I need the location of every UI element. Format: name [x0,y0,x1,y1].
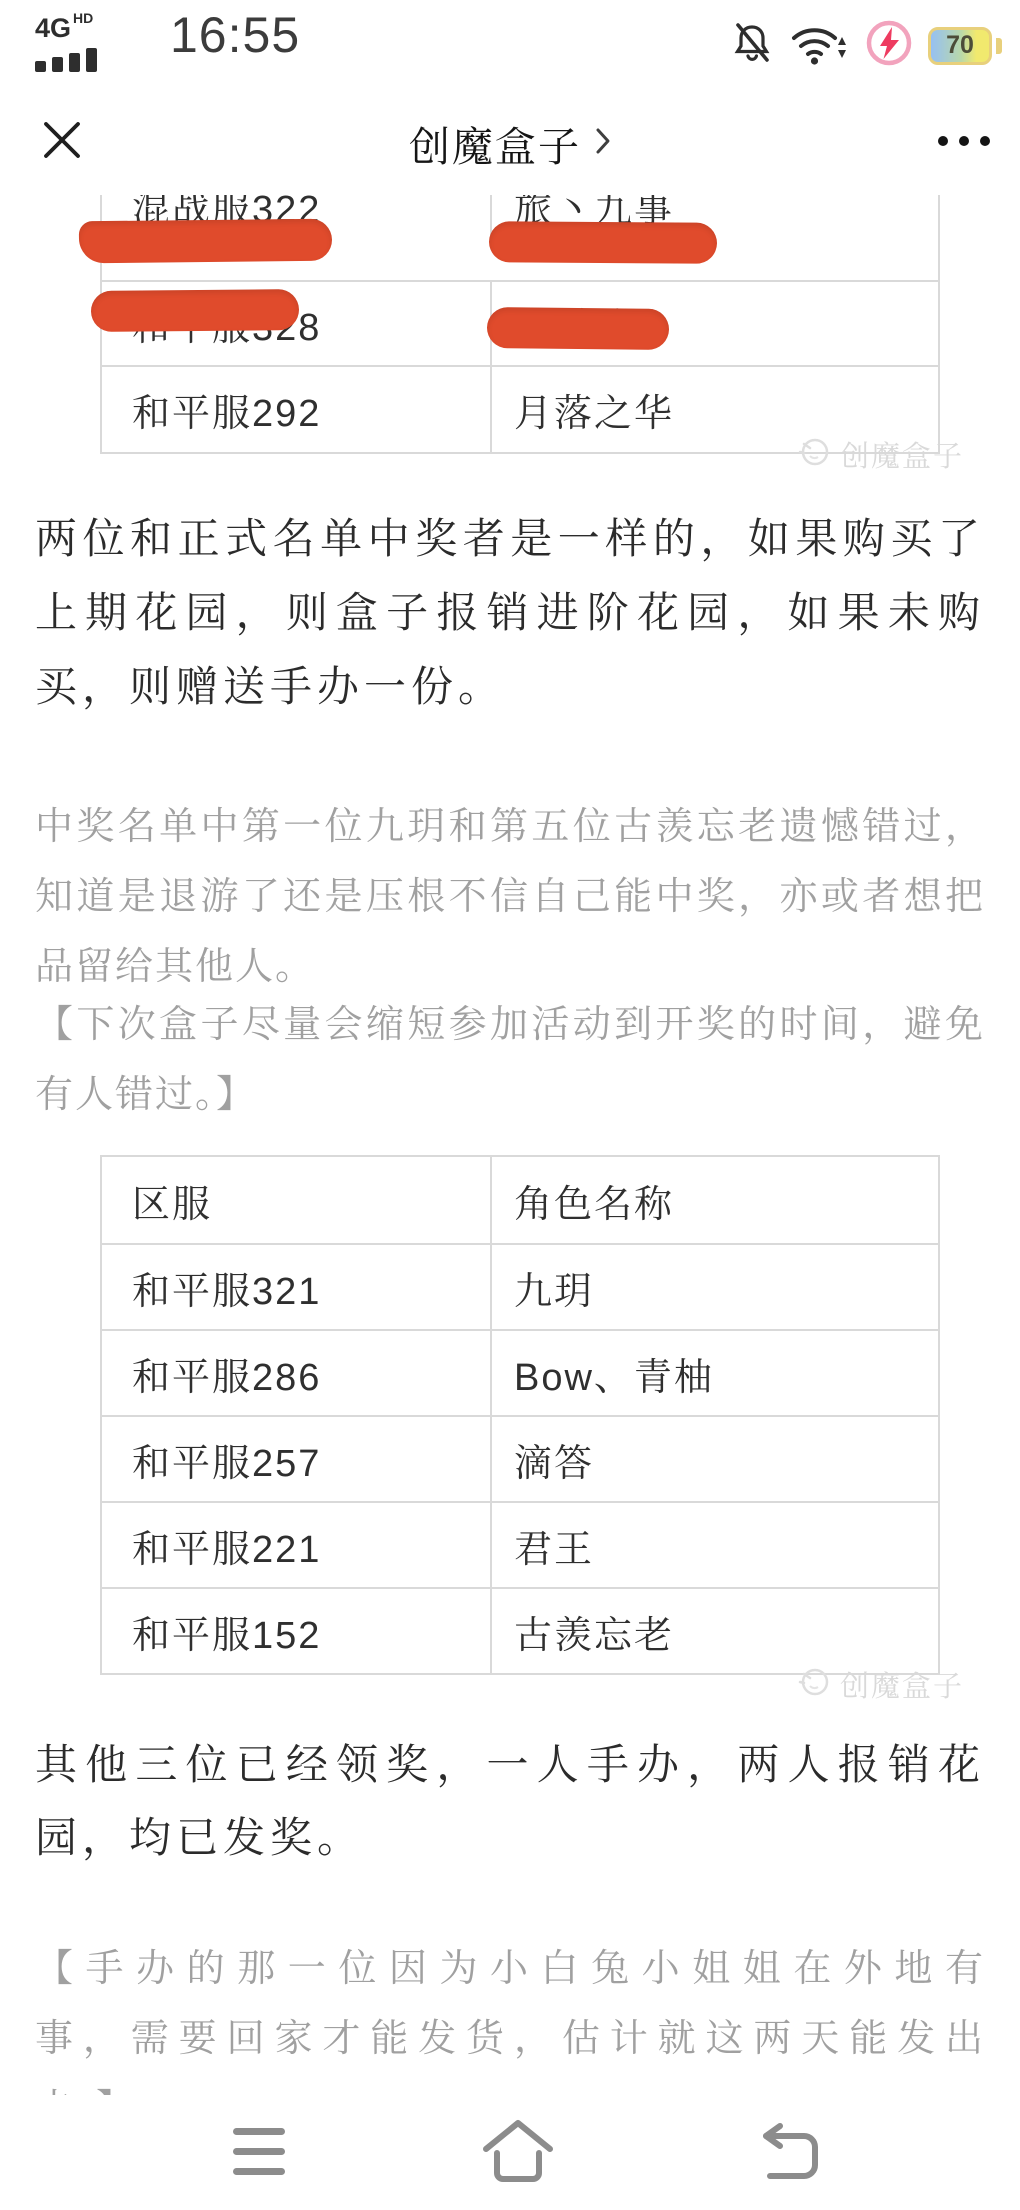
status-bar: 4GHD 16:55 [0,0,1020,90]
phone-screen: 4GHD 16:55 [0,0,1020,2210]
server-cell: 和平服257 [102,1417,490,1501]
chevron-right-icon [595,126,611,161]
bird-logo-icon [796,1662,832,1706]
table-row: 和平服152 古羡忘老 [102,1587,938,1673]
official-winners-table: 区服 角色名称 和平服321 九玥 和平服286 Bow、青柚 和平服257 滴… [100,1155,940,1675]
character-cell: 九玥 [490,1245,938,1329]
character-column-header: 角色名称 [490,1157,938,1243]
page-title: 创魔盒子 [409,114,581,173]
text-line: 两位和正式名单中奖者是一样的，如果购买了 [35,502,985,576]
server-cell: 和平服152 [102,1589,490,1673]
marker-redaction [489,221,717,264]
table-row: 和平服286 Bow、青柚 [102,1329,938,1415]
text-line: 园，均已发奖。 [35,1801,985,1874]
system-nav-bar [0,2095,1020,2210]
server-cell: 和平服321 [102,1245,490,1329]
bell-muted-icon [730,20,774,71]
back-icon[interactable] [754,2121,826,2188]
signal-bars-icon [35,47,97,72]
paragraph-missed-winners: 中奖名单中第一位九玥和第五位古羡忘老遗憾错过，不 知道是退游了还是压根不信自己能… [35,792,985,1002]
marker-redaction [79,219,332,264]
watermark-label: 创魔盒子 [840,1664,964,1705]
server-cell: 和平服286 [102,1331,490,1415]
server-cell: 和平服221 [102,1503,490,1587]
paragraph-note: 【下次盒子尽量会缩短参加活动到开奖的时间，避免再 有人错过。】 [35,990,985,1130]
battery-percent: 70 [946,31,974,60]
text-line: 【手办的那一位因为小白兔小姐姐在外地有 [35,1934,985,2004]
marker-redaction [91,289,299,332]
wechat-article-header: 创魔盒子 [0,100,1020,185]
watermark: 创魔盒子 [796,432,964,476]
text-line: 去。】 [35,2074,985,2095]
paragraph-shipping: 【手办的那一位因为小白兔小姐姐在外地有 事，需要回家才能发货，估计就这两天能发出… [35,1934,985,2095]
character-cell: 君王 [490,1503,938,1587]
server-cell: 和平服292 [102,367,490,452]
character-cell: 滴答 [490,1417,938,1501]
text-line: 有人错过。】 [35,1060,985,1130]
article-body: 混战服322 旅丶九事 和平服328 辰曦儿 和平服292 月落之华 [0,190,1020,2095]
wifi-icon [788,20,850,71]
network-indicator: 4GHD [35,10,97,72]
battery-icon: 70 [928,27,992,65]
bird-logo-icon [796,432,832,476]
menu-icon[interactable] [233,2128,285,2188]
text-line: 其他三位已经领奖，一人手办，两人报销花 [35,1728,985,1801]
character-cell: Bow、青柚 [490,1331,938,1415]
watermark-label: 创魔盒子 [840,434,964,475]
paragraph-awarded: 其他三位已经领奖，一人手办，两人报销花 园，均已发奖。 [35,1728,985,1874]
home-icon[interactable] [478,2115,558,2192]
watermark: 创魔盒子 [796,1662,964,1706]
text-line: 上期花园，则盒子报销进阶花园，如果未购 [35,576,985,650]
hd-badge: HD [73,10,93,26]
paragraph-intro: 两位和正式名单中奖者是一样的，如果购买了 上期花园，则盒子报销进阶花园，如果未购… [35,502,985,724]
table-row: 和平服257 滴答 [102,1415,938,1501]
table-row: 和平服321 九玥 [102,1243,938,1329]
network-type-label: 4G [35,13,71,43]
text-line: 【下次盒子尽量会缩短参加活动到开奖的时间，避免再 [35,990,985,1060]
table-header-row: 区服 角色名称 [102,1157,938,1243]
character-cell: 古羡忘老 [490,1589,938,1673]
text-line: 中奖名单中第一位九玥和第五位古羡忘老遗憾错过，不 [35,792,985,862]
clock: 16:55 [170,6,300,64]
server-column-header: 区服 [102,1157,490,1243]
text-line: 买，则赠送手办一份。 [35,650,985,724]
table-row: 和平服221 君王 [102,1501,938,1587]
account-title[interactable]: 创魔盒子 [0,114,1020,173]
battery-cap [996,38,1002,54]
power-saver-icon [864,18,914,73]
marker-redaction [487,307,669,350]
text-line: 知道是退游了还是压根不信自己能中奖，亦或者想把奖 [35,862,985,932]
more-icon[interactable] [938,136,990,146]
text-line: 事，需要回家才能发货，估计就这两天能发出 [35,2004,985,2074]
